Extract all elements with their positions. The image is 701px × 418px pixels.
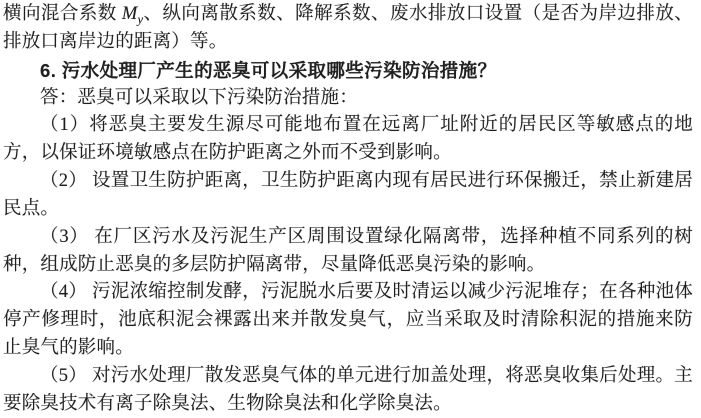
measure-item-4: （4） 污泥浓缩控制发酵，污泥脱水后要及时清运以减少污泥堆存；在各种池体停产修理… — [3, 279, 693, 363]
continuation-text-before-formula: 横向混合系数 — [3, 4, 122, 24]
document-page: 横向混合系数 My、纵向离散系数、降解系数、废水排放口设置（是否为岸边排放、排放… — [0, 0, 701, 418]
answer-intro: 答：恶臭可以采取以下污染防治措施： — [3, 85, 693, 113]
paragraph-continuation: 横向混合系数 My、纵向离散系数、降解系数、废水排放口设置（是否为岸边排放、排放… — [3, 1, 693, 57]
formula-variable-M: M — [122, 4, 138, 24]
measure-item-3: （3） 在厂区污水及污泥生产区周围设置绿化隔离带，选择种植不同系列的树种，组成防… — [3, 224, 693, 280]
measure-item-5: （5） 对污水处理厂散发恶臭气体的单元进行加盖处理，将恶臭收集后处理。主要除臭技… — [3, 363, 693, 418]
measure-item-2: （2） 设置卫生防护距离，卫生防护距离内现有居民进行环保搬迁，禁止新建居民点。 — [3, 168, 693, 224]
question-6-heading: 6. 污水处理厂产生的恶臭可以采取哪些污染防治措施？ — [3, 57, 693, 85]
measure-item-1: （1）将恶臭主要发生源尽可能地布置在远离厂址附近的居民区等敏感点的地方，以保证环… — [3, 112, 693, 168]
